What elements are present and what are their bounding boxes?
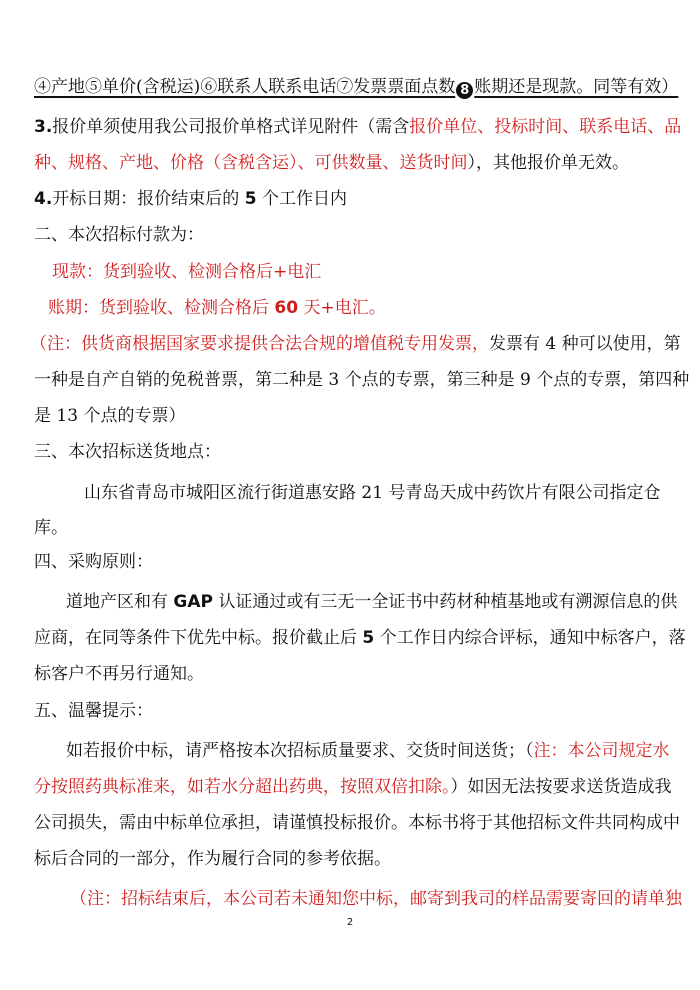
principle-text-d: 个工作日内综合评标，通知中标客户，落 [380, 628, 686, 648]
sample-return-note: （注：招标结束后，本公司若未通知您中标，邮寄到我司的样品需要寄回的请单独 [70, 888, 682, 910]
section-4-heading: 四、采购原则： [34, 551, 153, 573]
item-3-required-fields: 报价单位、投标时间、联系电话、品 [409, 117, 681, 137]
item-3-text-end: ），其他报价单无效。 [468, 153, 630, 173]
principle-text-b: 认证通过或有三无一全证书中药材种植基地或有溯源信息的供 [218, 592, 677, 612]
reminder-line-1: 如若报价中标，请严格按本次招标质量要求、交货时间送货；（注：本公司规定水 [66, 740, 670, 762]
item-4-text-end: 个工作日内 [262, 189, 347, 209]
payment-credit-text-end: 天+电汇。 [303, 298, 385, 318]
circled-number-8-icon: 8 [456, 82, 473, 99]
reminder-text-a: 如若报价中标，请严格按本次招标质量要求、交货时间送货；（ [66, 741, 534, 761]
invoice-note-text: 发票有 4 种可以使用，第 [489, 334, 681, 354]
section-5-heading: 五、温馨提示： [34, 700, 153, 722]
section-3-heading: 三、本次招标送货地点： [34, 441, 221, 463]
reminder-line-3: 公司损失，需由中标单位承担，请谨慎投标报价。本标书将于其他招标文件共同构成中 [34, 812, 680, 834]
payment-credit: 账期：货到验收、检测合格后 60 天+电汇。 [48, 297, 386, 319]
page-number: 2 [0, 917, 700, 928]
item-4-line: 4.开标日期：报价结束后的 5 个工作日内 [34, 188, 347, 210]
payment-cash: 现款：货到验收、检测合格后+电汇 [52, 261, 321, 283]
invoice-note-line-3: 是 13 个点的专票） [34, 405, 185, 427]
item-4-days: 5 [245, 189, 257, 209]
delivery-address-line-1: 山东省青岛市城阳区流行街道惠安路 21 号青岛天成中药饮片有限公司指定仓 [84, 482, 660, 504]
reminder-line-4: 标后合同的一部分，作为履行合同的参考依据。 [34, 848, 391, 870]
reminder-text-b: ）如因无法按要求送货造成我 [451, 777, 672, 797]
payment-credit-text: 账期：货到验收、检测合格后 [48, 298, 269, 318]
invoice-note-line-2: 一种是自产自销的免税普票，第二种是 3 个点的专票，第三种是 9 个点的专票，第… [34, 369, 689, 391]
principle-text-c: 应商，在同等条件下优先中标。报价截止后 [34, 628, 357, 648]
invoice-note-line-1: （注：供货商根据国家要求提供合法合规的增值税专用发票，发票有 4 种可以使用，第 [30, 333, 681, 355]
moisture-note-red-cont: 分按照药典标准来，如若水分超出药典，按照双倍扣除。 [34, 777, 451, 797]
top-line-part2: 账期还是现款。同等有效） [474, 77, 678, 97]
item-3-line-2: 种、规格、产地、价格（含税含运）、可供数量、送货时间），其他报价单无效。 [34, 152, 629, 174]
item-4-number: 4. [34, 189, 52, 209]
invoice-note-red: （注：供货商根据国家要求提供合法合规的增值税专用发票， [30, 334, 489, 354]
principle-line-3: 标客户不再另行通知。 [34, 663, 204, 685]
item-4-text: 开标日期：报价结束后的 [52, 189, 239, 209]
reminder-line-2: 分按照药典标准来，如若水分超出药典，按照双倍扣除。）如因无法按要求送货造成我 [34, 776, 672, 798]
document-page: ④产地⑤单价(含税运)⑥联系人联系电话⑦发票票面点数8账期还是现款。同等有效） … [0, 0, 700, 990]
top-line-part1: ④产地⑤单价(含税运)⑥联系人联系电话⑦发票票面点数 [34, 77, 455, 97]
delivery-address-line-2: 库。 [34, 517, 68, 539]
moisture-note-red: 注：本公司规定水 [534, 741, 670, 761]
item-3-line-1: 3.报价单须使用我公司报价单格式详见附件（需含报价单位、投标时间、联系电话、品 [34, 116, 681, 138]
item-3-number: 3. [34, 117, 52, 137]
principle-text-a: 道地产区和有 [66, 592, 168, 612]
gap-term: GAP [173, 592, 213, 612]
top-continuation-line: ④产地⑤单价(含税运)⑥联系人联系电话⑦发票票面点数8账期还是现款。同等有效） [34, 76, 678, 99]
item-3-text: 报价单须使用我公司报价单格式详见附件（需含 [52, 117, 409, 137]
principle-line-2: 应商，在同等条件下优先中标。报价截止后 5 个工作日内综合评标，通知中标客户，落 [34, 627, 686, 649]
section-2-heading: 二、本次招标付款为： [34, 224, 204, 246]
principle-days: 5 [362, 628, 374, 648]
item-3-required-fields-cont: 种、规格、产地、价格（含税含运）、可供数量、送货时间 [34, 153, 468, 173]
principle-line-1: 道地产区和有 GAP 认证通过或有三无一全证书中药材种植基地或有溯源信息的供 [66, 591, 677, 613]
payment-credit-days: 60 [274, 298, 298, 318]
